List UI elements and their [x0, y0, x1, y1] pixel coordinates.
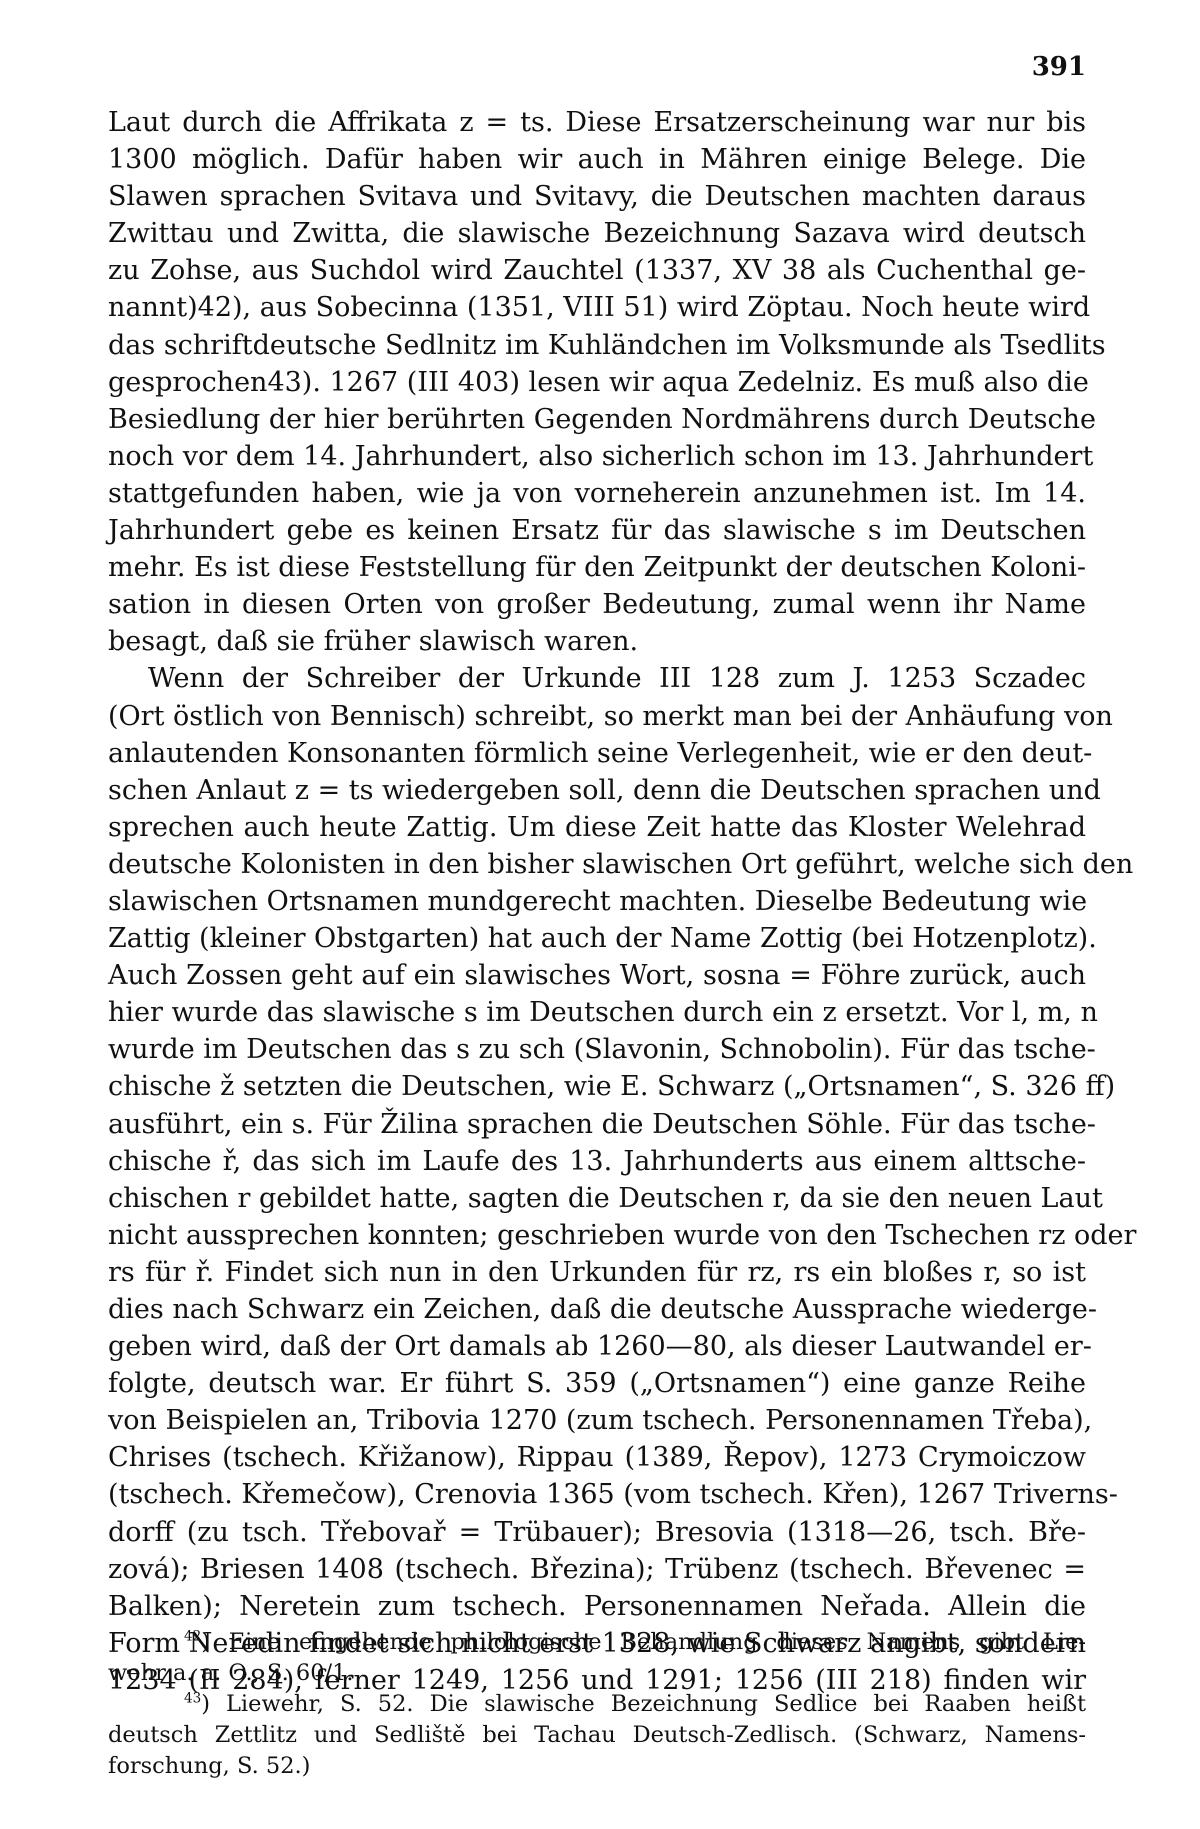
text-line: zová); Briesen 1408 (tschech. Březina); …	[108, 1551, 1086, 1588]
text-line: zu Zohse, aus Suchdol wird Zauchtel (133…	[108, 252, 1086, 289]
text-line: deutsche Kolonisten in den bisher slawis…	[108, 846, 1086, 883]
footnote-marker: 43	[184, 1691, 201, 1707]
text-line: chische ž setzten die Deutschen, wie E. …	[108, 1068, 1086, 1105]
footnote-line: deutsch Zettlitz und Sedliště bei Tachau…	[108, 1720, 1086, 1751]
footnote-text: ) Eine eingehende philologische Behandlu…	[201, 1629, 1086, 1655]
text-line: dorff (zu tsch. Třebovař = Trübauer); Br…	[108, 1514, 1086, 1551]
text-line: Auch Zossen geht auf ein slawisches Wort…	[108, 957, 1086, 994]
text-line: folgte, deutsch war. Er führt S. 359 („O…	[108, 1365, 1086, 1402]
text-line: Jahrhundert gebe es keinen Ersatz für da…	[108, 512, 1086, 549]
paragraph-1: Laut durch die Affrikata z = ts. Diese E…	[108, 104, 1086, 660]
footnote-line: 43) Liewehr, S. 52. Die slawische Bezeic…	[108, 1689, 1086, 1720]
footnote-line: wehr a. a. O., S. 60/1.	[108, 1658, 1086, 1689]
text-line: mehr. Es ist diese Feststellung für den …	[108, 549, 1086, 586]
text-line: slawischen Ortsnamen mundgerecht machten…	[108, 883, 1086, 920]
main-text: Laut durch die Affrikata z = ts. Diese E…	[108, 104, 1086, 1699]
text-line: von Beispielen an, Tribovia 1270 (zum ts…	[108, 1402, 1086, 1439]
text-line: gesprochen43). 1267 (III 403) lesen wir …	[108, 364, 1086, 401]
footnote-line: 42) Eine eingehende philologische Behand…	[108, 1627, 1086, 1658]
text-line: Zattig (kleiner Obstgarten) hat auch der…	[108, 920, 1086, 957]
text-line: wurde im Deutschen das s zu sch (Slavoni…	[108, 1031, 1086, 1068]
text-line: rs für ř. Findet sich nun in den Urkunde…	[108, 1254, 1086, 1291]
text-line: chischen r gebildet hatte, sagten die De…	[108, 1180, 1086, 1217]
footnote-marker: 42	[184, 1629, 201, 1645]
text-line: Wenn der Schreiber der Urkunde III 128 z…	[108, 660, 1086, 697]
footnotes: 42) Eine eingehende philologische Behand…	[108, 1627, 1086, 1782]
text-line: nicht aussprechen konnten; geschrieben w…	[108, 1217, 1086, 1254]
footnote-43: 43) Liewehr, S. 52. Die slawische Bezeic…	[108, 1689, 1086, 1782]
text-line: 1300 möglich. Dafür haben wir auch in Mä…	[108, 141, 1086, 178]
text-line: anlautenden Konsonanten förmlich seine V…	[108, 735, 1086, 772]
text-line: Besiedlung der hier berührten Gegenden N…	[108, 401, 1086, 438]
text-line: Balken); Neretein zum tschech. Personenn…	[108, 1588, 1086, 1625]
text-line: (tschech. Křemečow), Crenovia 1365 (vom …	[108, 1476, 1086, 1513]
text-line: chische ř, das sich im Laufe des 13. Jah…	[108, 1143, 1086, 1180]
text-line: sation in diesen Orten von großer Bedeut…	[108, 586, 1086, 623]
text-line: ausführt, ein s. Für Žilina sprachen die…	[108, 1106, 1086, 1143]
text-line: dies nach Schwarz ein Zeichen, daß die d…	[108, 1291, 1086, 1328]
text-line: nannt)42), aus Sobecinna (1351, VIII 51)…	[108, 289, 1086, 326]
text-line: (Ort östlich von Bennisch) schreibt, so …	[108, 698, 1086, 735]
text-line: stattgefunden haben, wie ja von vorneher…	[108, 475, 1086, 512]
page-number: 391	[1032, 52, 1086, 82]
paragraph-2: Wenn der Schreiber der Urkunde III 128 z…	[108, 660, 1086, 1699]
text-line: hier wurde das slawische s im Deutschen …	[108, 994, 1086, 1031]
text-line: besagt, daß sie früher slawisch waren.	[108, 623, 1086, 660]
text-line: sprechen auch heute Zattig. Um diese Zei…	[108, 809, 1086, 846]
text-line: geben wird, daß der Ort damals ab 1260—8…	[108, 1328, 1086, 1365]
footnote-42: 42) Eine eingehende philologische Behand…	[108, 1627, 1086, 1689]
footnote-text: ) Liewehr, S. 52. Die slawische Bezeichn…	[201, 1691, 1086, 1717]
footnote-line: forschung, S. 52.)	[108, 1751, 1086, 1782]
text-line: Laut durch die Affrikata z = ts. Diese E…	[108, 104, 1086, 141]
text-line: schen Anlaut z = ts wiedergeben soll, de…	[108, 772, 1086, 809]
text-line: das schriftdeutsche Sedlnitz im Kuhländc…	[108, 327, 1086, 364]
text-line: Chrises (tschech. Křižanow), Rippau (138…	[108, 1439, 1086, 1476]
text-line: Zwittau und Zwitta, die slawische Bezeic…	[108, 215, 1086, 252]
text-line: Slawen sprachen Svitava und Svitavy, die…	[108, 178, 1086, 215]
text-line: noch vor dem 14. Jahrhundert, also siche…	[108, 438, 1086, 475]
